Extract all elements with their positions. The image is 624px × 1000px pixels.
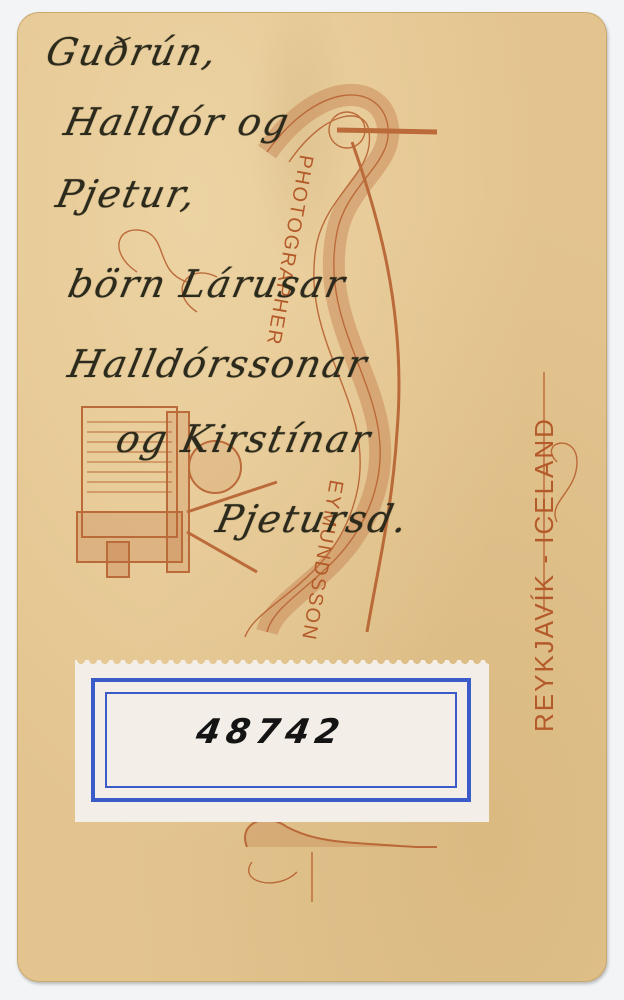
catalogue-number: 48742: [71, 712, 348, 752]
inscription-line: Pjetur,: [52, 172, 201, 216]
inscription-line: Pjetursd.: [212, 497, 413, 541]
handwritten-inscription: Guðrún, Halldór og Pjetur, börn Lárusar …: [17, 12, 607, 982]
inscription-line: Halldór og: [60, 100, 294, 144]
inscription-line: og Kirstínar: [112, 417, 376, 461]
inscription-line: börn Lárusar: [64, 262, 350, 306]
photo-scene: PHOTOGRAPHER EYMUNDSSON REYKJAVÍK - ICEL…: [0, 0, 624, 1000]
catalogue-label: 48742: [75, 660, 489, 822]
cabinet-card-back: PHOTOGRAPHER EYMUNDSSON REYKJAVÍK - ICEL…: [17, 12, 607, 982]
inscription-line: Halldórssonar: [64, 342, 372, 386]
inscription-line: Guðrún,: [42, 30, 222, 74]
